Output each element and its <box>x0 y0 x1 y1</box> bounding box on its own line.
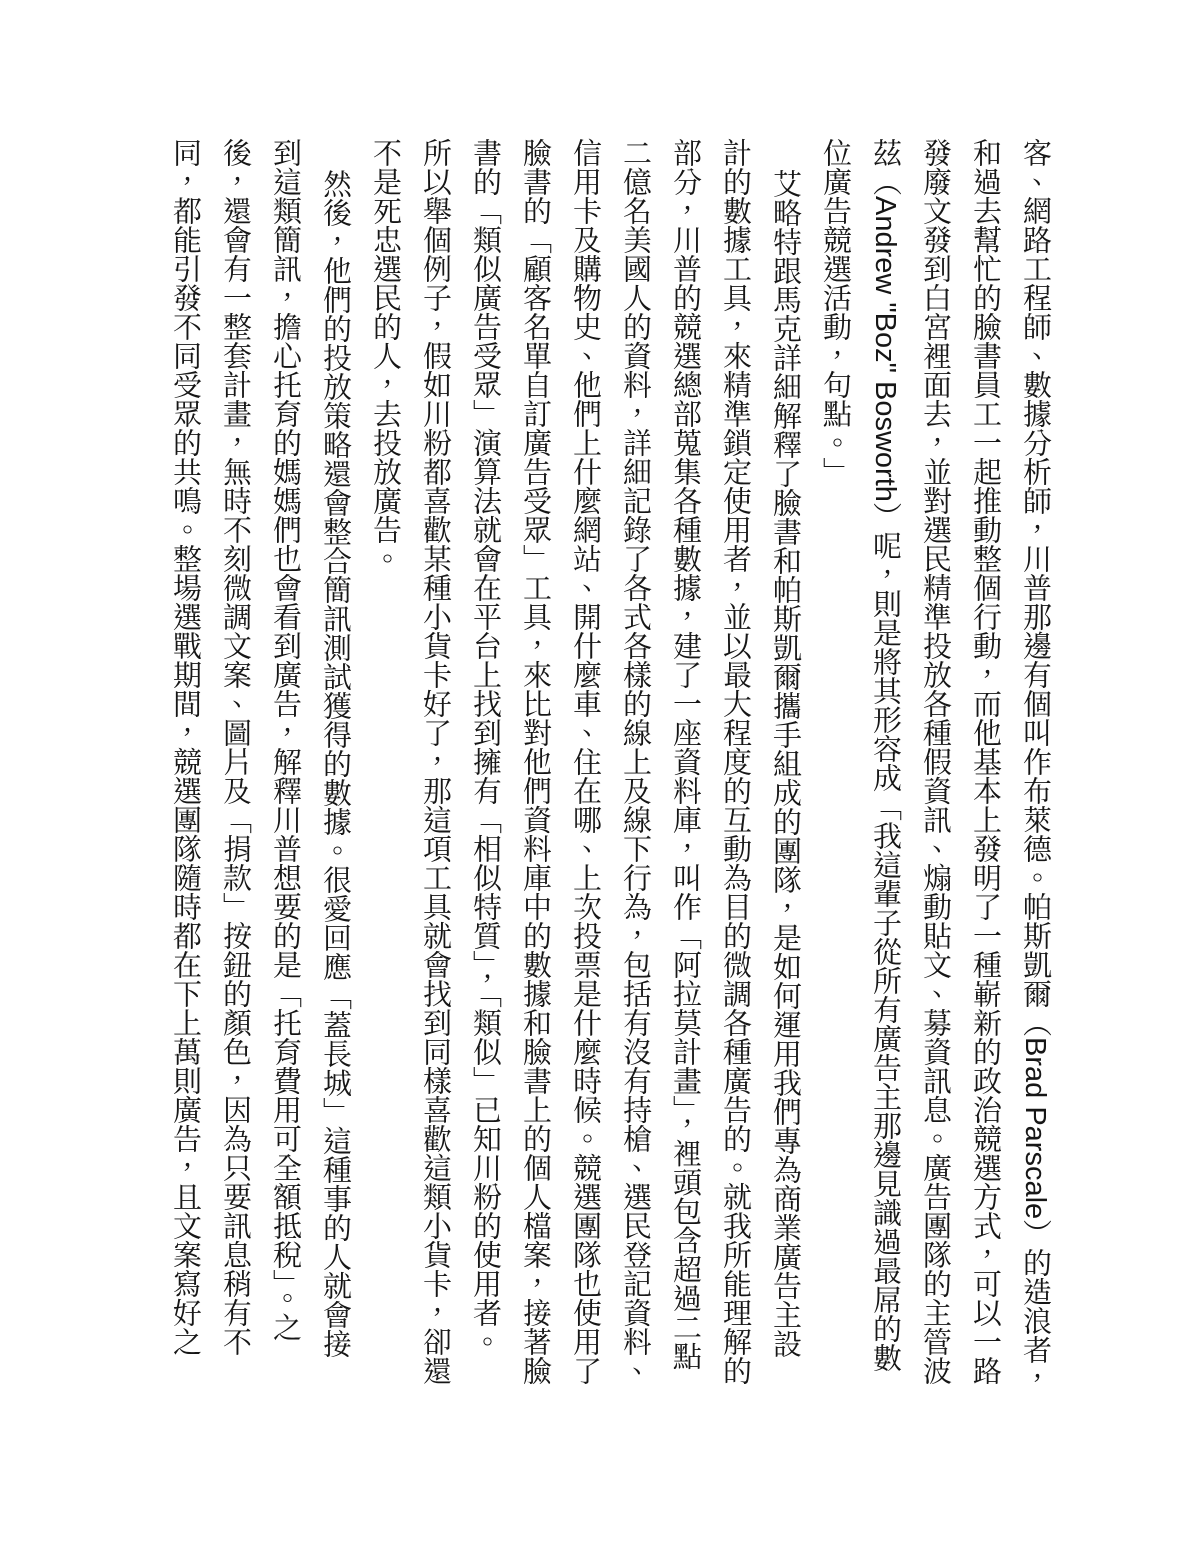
text-column-08: 部分，川普的競選總部蒐集各種數據，建了一座資料庫，叫作「阿拉莫計畫」，裡頭包含超… <box>660 138 710 1463</box>
text-column-02: 和過去幫忙的臉書員工一起推動整個行動，而他基本上發明了一種嶄新的政治競選方式，可… <box>960 138 1010 1463</box>
book-page: 客、網路工程師、數據分析師，川普那邊有個叫作布萊德。帕斯凱爾（Brad Pars… <box>0 0 1200 1552</box>
text-column-13: 所以舉個例子，假如川粉都喜歡某種小貨卡好了，那這項工具就會找到同樣喜歡這類小貨卡… <box>410 138 460 1463</box>
text-column-17: 後，還會有一整套計畫，無時不刻微調文案、圖片及「捐款」按鈕的顏色，因為只要訊息稍… <box>210 138 260 1463</box>
text-column-05: 位廣告競選活動，句點。」 <box>810 138 860 1463</box>
text-column-10: 信用卡及購物史、他們上什麼網站、開什麼車、住在哪、上次投票是什麼時候。競選團隊也… <box>560 138 610 1463</box>
text-column-06: 艾略特跟馬克詳細解釋了臉書和帕斯凱爾攜手組成的團隊，是如何運用我們專為商業廣告主… <box>760 138 810 1463</box>
text-column-14: 不是死忠選民的人，去投放廣告。 <box>360 138 410 1463</box>
text-column-12: 書的「類似廣告受眾」演算法就會在平台上找到擁有「相似特質」，「類似」已知川粉的使… <box>460 138 510 1463</box>
text-column-04: 茲（Andrew "Boz" Bosworth）呢，則是將其形容成「我這輩子從所… <box>860 138 910 1463</box>
text-column-11: 臉書的「顧客名單自訂廣告受眾」工具，來比對他們資料庫中的數據和臉書上的個人檔案，… <box>510 138 560 1463</box>
text-column-16: 到這類簡訊，擔心托育的媽媽們也會看到廣告，解釋川普想要的是「托育費用可全額抵稅」… <box>260 138 310 1463</box>
text-column-18: 同，都能引發不同受眾的共鳴。整場選戰期間，競選團隊隨時都在下上萬則廣告，且文案寫… <box>160 138 210 1463</box>
text-column-07: 計的數據工具，來精準鎖定使用者，並以最大程度的互動為目的微調各種廣告的。就我所能… <box>710 138 760 1463</box>
vertical-text-block: 客、網路工程師、數據分析師，川普那邊有個叫作布萊德。帕斯凱爾（Brad Pars… <box>158 138 1060 1463</box>
text-column-15: 然後，他們的投放策略還會整合簡訊測試獲得的數據。很愛回應「蓋長城」這種事的人就會… <box>310 138 360 1463</box>
text-column-09: 二億名美國人的資料，詳細記錄了各式各樣的線上及線下行為，包括有沒有持槍、選民登記… <box>610 138 660 1463</box>
text-column-01: 客、網路工程師、數據分析師，川普那邊有個叫作布萊德。帕斯凱爾（Brad Pars… <box>1010 138 1060 1463</box>
text-column-03: 發廢文發到白宮裡面去，並對選民精準投放各種假資訊、煽動貼文、募資訊息。廣告團隊的… <box>910 138 960 1463</box>
